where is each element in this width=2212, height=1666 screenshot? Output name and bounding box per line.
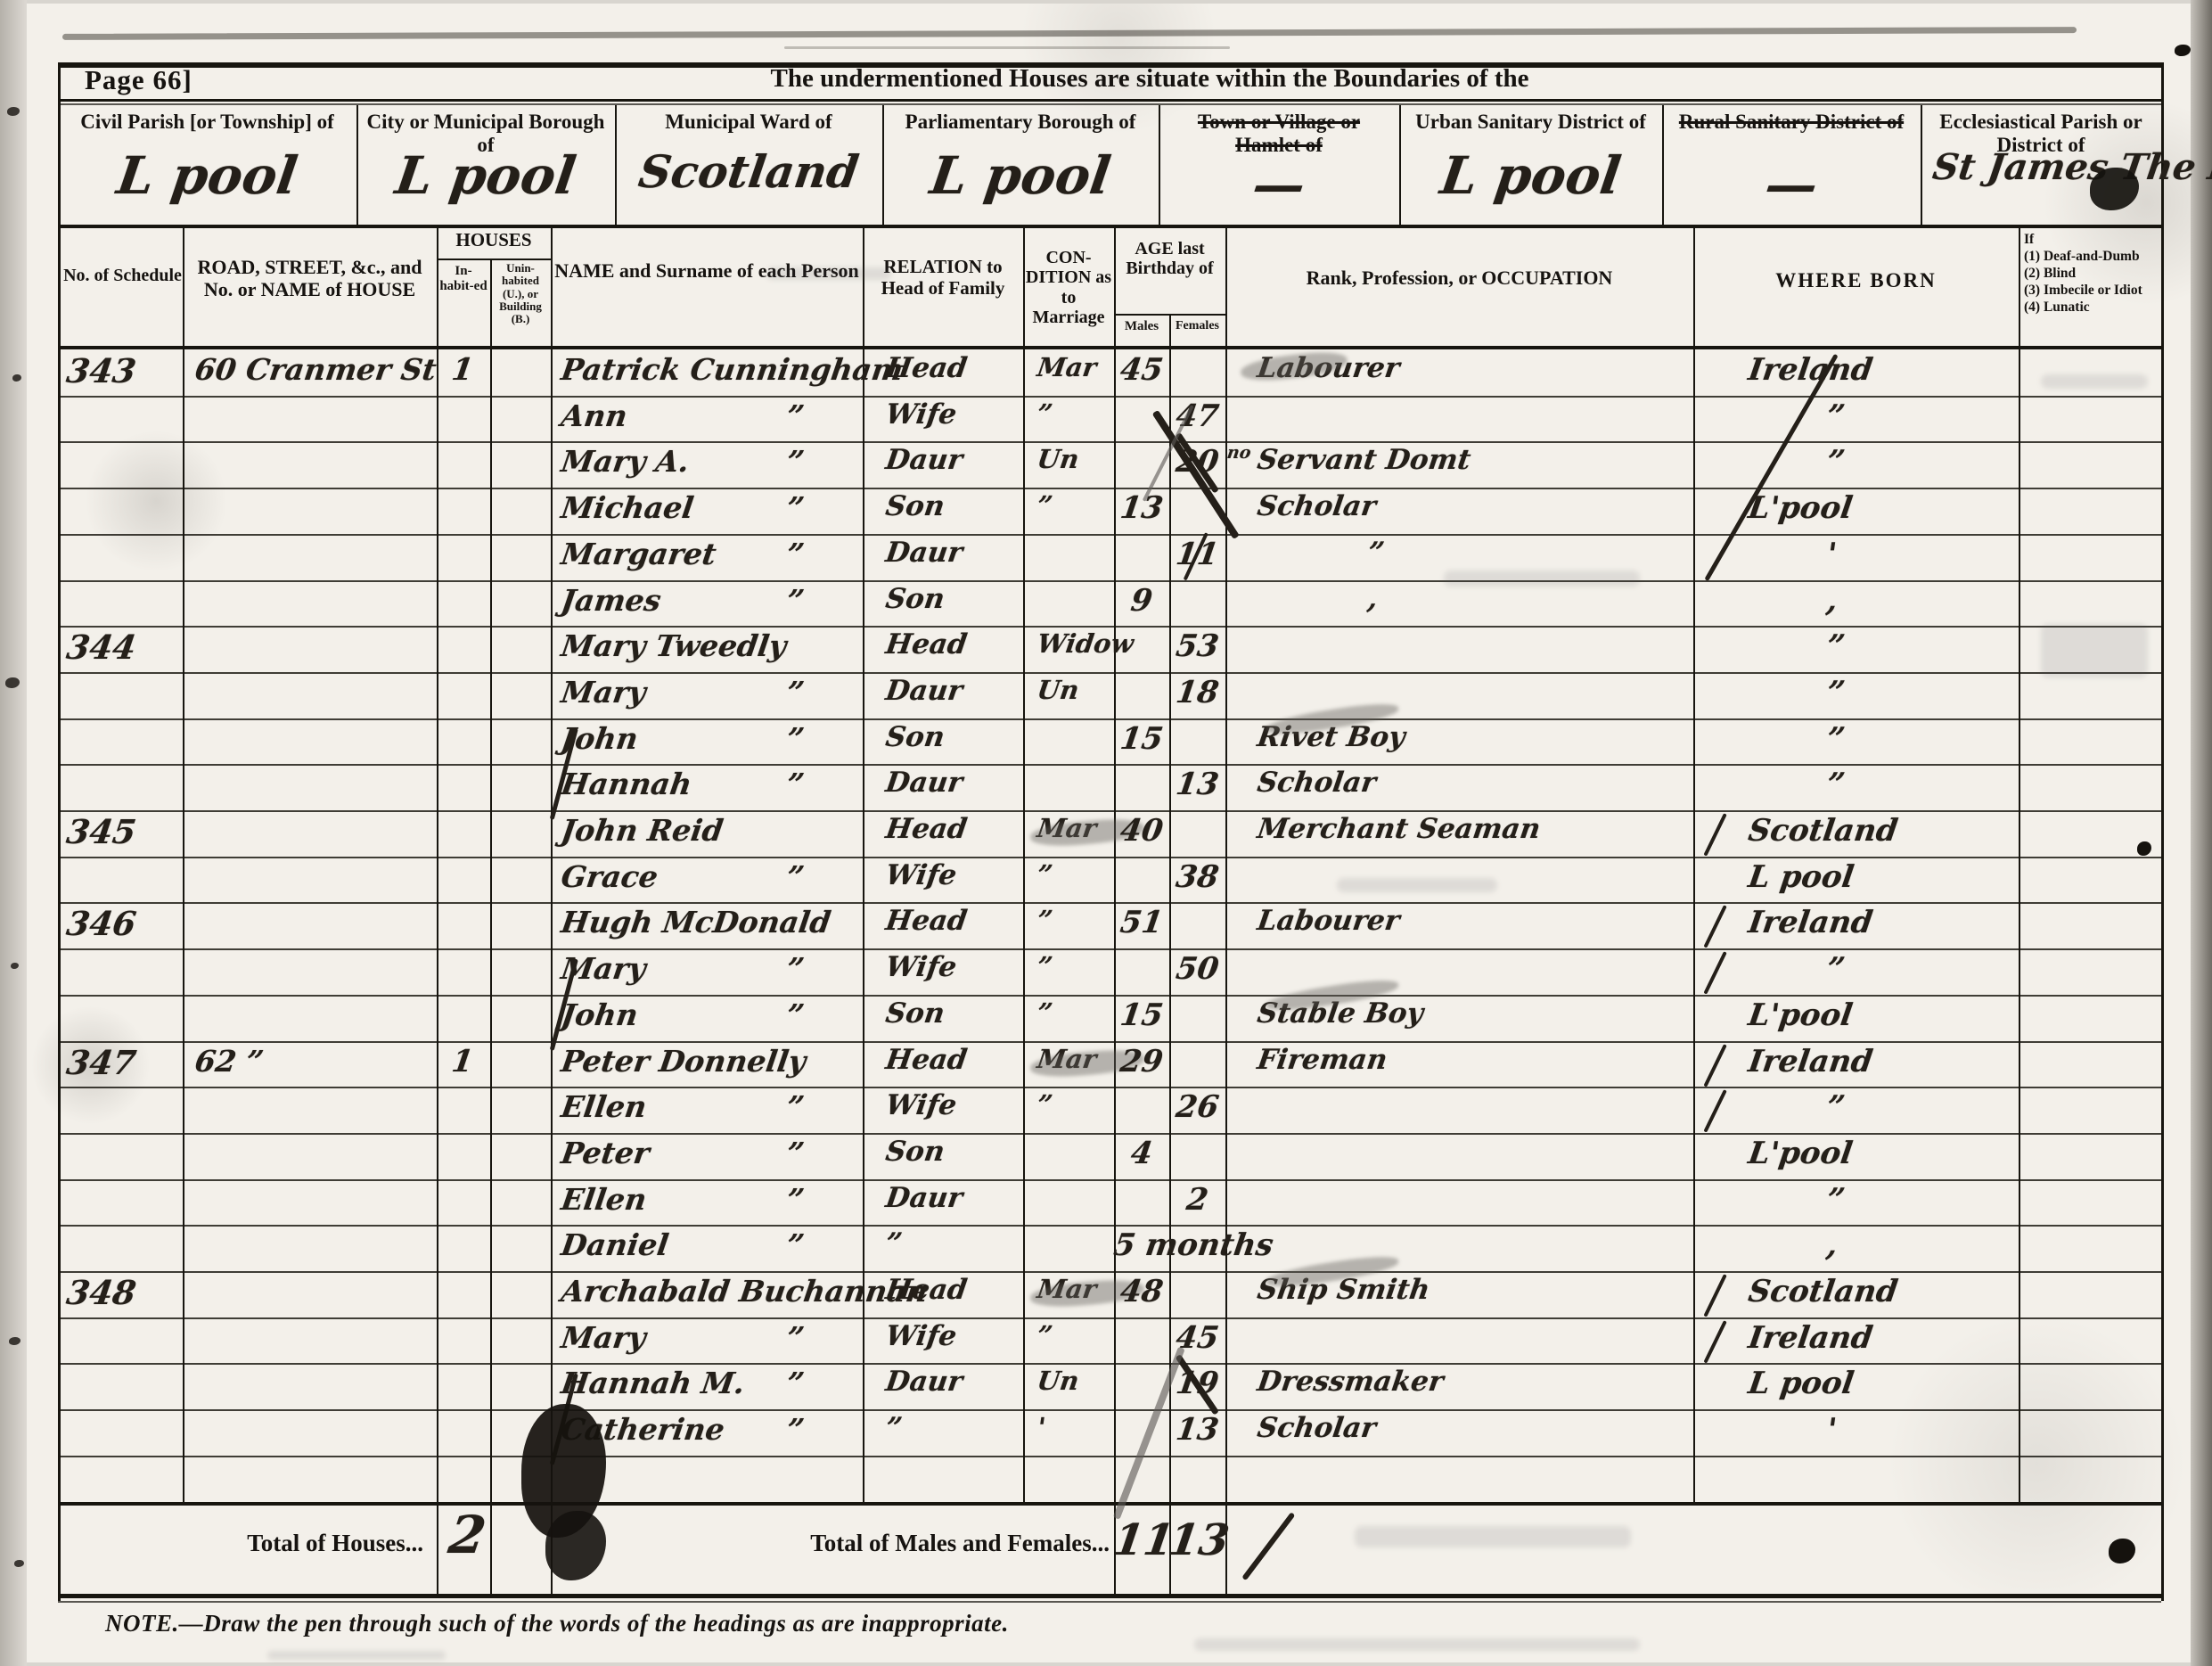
header-field-value: L pool [67, 150, 348, 201]
cell-where-born: Scotland [1747, 816, 2010, 846]
cell-condition: ” [1036, 954, 1119, 980]
grid-line-horizontal [58, 948, 2161, 950]
cell-condition: ” [1036, 907, 1119, 933]
cell-age-females: 2 [1167, 1185, 1228, 1215]
grid-line-horizontal [58, 626, 2161, 628]
cell-age-males: 45 [1112, 355, 1172, 385]
cell-name: Peter Donnelly [560, 1046, 867, 1076]
cell-relation: ” [884, 1230, 1021, 1258]
grid-line-horizontal [58, 534, 2161, 536]
cell-age-males: 13 [1112, 493, 1172, 523]
cell-occupation: , [1366, 586, 1780, 613]
cell-where-born: , [1825, 1230, 2088, 1260]
cell-where-born: ' [1825, 539, 2088, 570]
grid-line-horizontal [58, 764, 2161, 766]
cell-schedule: 348 [64, 1276, 184, 1309]
scan-top-streak [784, 46, 1230, 49]
cell-relation: Wife [884, 954, 1021, 981]
grid-line-horizontal [58, 103, 2161, 105]
header-field-label: Municipal Ward of [622, 111, 875, 134]
cell-schedule: 346 [64, 907, 184, 940]
cell-age-males: 5 months [1112, 1230, 1172, 1260]
grid-line-horizontal [58, 718, 2161, 720]
cell-houses-inhabited: 1 [435, 1046, 491, 1077]
cell-age-males: 29 [1112, 1046, 1172, 1077]
cell-where-born: L pool [1747, 862, 2010, 892]
grid-line-horizontal [58, 1594, 2161, 1598]
grid-line-vertical [183, 225, 184, 1502]
cell-age-females: 18 [1167, 677, 1228, 708]
bleed-through-ghost [2041, 374, 2148, 389]
page-title: The undermentioned Houses are situate wi… [526, 64, 1774, 94]
cell-name: Archabald Buchannan [560, 1276, 867, 1306]
cell-age-females: 53 [1167, 631, 1228, 661]
cell-occupation: Scholar [1256, 493, 1669, 521]
grid-line-horizontal [58, 1317, 2161, 1319]
grid-line-horizontal [58, 1179, 2161, 1181]
cell-condition: Widow [1036, 631, 1119, 657]
cell-relation: Son [884, 724, 1021, 751]
cell-where-born: L'pool [1747, 493, 2010, 523]
bleed-through-ghost [1194, 1638, 1640, 1651]
grid-line-horizontal [58, 1225, 2161, 1227]
column-header-age-group: AGE last Birthday of [1116, 239, 1224, 279]
cell-occupation: Dressmaker [1256, 1368, 1669, 1396]
cell-age-females: 13 [1167, 769, 1228, 800]
grid-line-vertical [1399, 105, 1401, 225]
cell-relation: Daur [884, 447, 1021, 474]
header-field-value: L pool [1408, 150, 1653, 201]
grid-line-horizontal [58, 488, 2161, 489]
grid-line-horizontal [58, 1409, 2161, 1411]
cell-relation: Son [884, 586, 1021, 613]
cell-age-males: 15 [1112, 1000, 1172, 1030]
bleed-through-ghost [267, 1651, 446, 1660]
cell-relation: Head [884, 907, 1021, 935]
page-number-label: Page 66] [85, 64, 193, 96]
cell-relation: Daur [884, 677, 1021, 705]
census-page-scan: Page 66] The undermentioned Houses are s… [0, 0, 2212, 1666]
cell-occupation: Merchant Seaman [1256, 816, 1669, 843]
column-header-schedule: No. of Schedule [62, 266, 183, 285]
cell-name-ditto: ” [785, 447, 825, 476]
footer-note: NOTE.—Draw the pen through such of the w… [105, 1610, 1009, 1637]
total-females-value: 13 [1166, 1515, 1229, 1565]
cell-age-males: 51 [1112, 907, 1172, 938]
cell-name-ditto: ” [785, 769, 825, 799]
grid-line-vertical [58, 62, 61, 1601]
cell-age-males: 4 [1112, 1138, 1172, 1169]
cell-condition: ” [1036, 862, 1119, 888]
cell-name: Mary Tweedly [560, 631, 867, 661]
header-field-label: Parliamentary Borough of [889, 111, 1151, 134]
cell-age-females: 26 [1167, 1092, 1228, 1122]
cell-condition: Un [1036, 447, 1119, 472]
bleed-through-ghost [1355, 1526, 1631, 1547]
column-header-age-females: Females [1169, 319, 1225, 333]
header-field-label: Rural Sanitary District of [1669, 111, 1913, 134]
grid-line-horizontal [58, 346, 2161, 349]
cell-condition: ” [1036, 1000, 1119, 1026]
cell-occupation: Labourer [1256, 907, 1669, 935]
cell-occupation: Scholar [1256, 1415, 1669, 1442]
grid-line-horizontal [58, 1502, 2161, 1506]
cell-relation: Head [884, 1276, 1021, 1304]
grid-line-horizontal [58, 99, 2161, 102]
cell-age-females: 50 [1167, 954, 1228, 984]
cell-age-males: 48 [1112, 1276, 1172, 1307]
cell-relation: Daur [884, 769, 1021, 797]
total-houses-value: 2 [438, 1505, 496, 1565]
scan-left-edge [0, 0, 27, 1666]
cell-name-ditto: ” [785, 1138, 825, 1168]
cell-age-females: 38 [1167, 862, 1228, 892]
cell-schedule: 345 [64, 816, 184, 849]
grid-line-vertical [437, 225, 438, 1594]
grid-line-vertical [1023, 225, 1025, 1502]
cell-name-ditto: ” [785, 586, 825, 615]
column-header-occupation: Rank, Profession, or OCCUPATION [1231, 267, 1688, 290]
cell-relation: Son [884, 1138, 1021, 1166]
cell-age-males: 9 [1112, 586, 1172, 616]
cell-where-born: ” [1825, 447, 2088, 477]
column-header-infirmity: If (1) Deaf-and-Dumb (2) Blind (3) Imbec… [2024, 232, 2158, 316]
column-header-condition: CON-DITION as to Marriage [1025, 248, 1112, 328]
cell-occupation: Scholar [1256, 769, 1669, 797]
cell-where-born: ” [1825, 954, 2088, 984]
cell-schedule: 344 [64, 631, 184, 664]
cell-relation: Wife [884, 1323, 1021, 1350]
cell-schedule: 347 [64, 1046, 184, 1079]
column-header-age-males: Males [1114, 319, 1169, 334]
cell-name-ditto: ” [785, 1000, 825, 1030]
grid-line-horizontal [58, 1456, 2161, 1457]
grid-line-horizontal [437, 259, 551, 260]
grid-line-horizontal [58, 995, 2161, 997]
grid-line-horizontal [58, 396, 2161, 398]
grid-line-horizontal [58, 857, 2161, 858]
cell-name-ditto: ” [785, 493, 825, 522]
cell-where-born: Ireland [1747, 355, 2010, 385]
cell-age-females: 45 [1167, 1323, 1228, 1353]
grid-line-horizontal [58, 1087, 2161, 1088]
total-males-females-label: Total of Males and Females... [704, 1530, 1110, 1557]
header-field-value: Scotland [624, 150, 873, 194]
cell-where-born: ” [1825, 724, 2088, 754]
cell-where-born: ” [1825, 1092, 2088, 1122]
cell-relation: Head [884, 631, 1021, 659]
cell-relation: ” [884, 1415, 1021, 1442]
total-houses-label: Total of Houses... [169, 1530, 423, 1557]
cell-condition: Mar [1036, 355, 1119, 381]
cell-where-born: Ireland [1747, 1323, 2010, 1353]
cell-name-ditto: ” [785, 1230, 825, 1260]
cell-occupation: Servant Domt [1256, 447, 1669, 474]
grid-line-horizontal [58, 1271, 2161, 1273]
cell-name-ditto: ” [785, 401, 825, 431]
total-males-value: 11 [1110, 1515, 1173, 1565]
cell-condition: ” [1036, 493, 1119, 519]
cell-name-ditto: ” [785, 539, 825, 569]
grid-line-vertical [2161, 62, 2164, 1601]
grid-line-horizontal [58, 810, 2161, 812]
grid-line-vertical [1662, 105, 1664, 225]
header-field-value: — [1671, 159, 1912, 210]
cell-houses-inhabited: 1 [435, 355, 491, 385]
cell-relation: Son [884, 493, 1021, 521]
grid-line-horizontal [58, 225, 2161, 228]
cell-name-ditto: ” [785, 862, 825, 891]
cell-name: John Reid [560, 816, 867, 845]
header-field-label: Town or Village or Hamlet of [1166, 111, 1392, 157]
cell-condition: ' [1036, 1415, 1119, 1440]
header-field-value: L pool [891, 150, 1150, 201]
cell-road: 62 ” [193, 1046, 438, 1076]
cell-where-born: Ireland [1747, 1046, 2010, 1077]
cell-name-ditto: ” [785, 1368, 825, 1398]
cell-age-note: no [1225, 443, 1252, 463]
cell-name-ditto: ” [785, 677, 825, 707]
cell-relation: Head [884, 355, 1021, 382]
cell-name: Patrick Cunningham [560, 355, 867, 384]
grid-line-vertical [490, 259, 492, 1594]
grid-line-vertical [551, 225, 553, 1594]
grid-line-vertical [882, 105, 884, 225]
cell-where-born: ” [1825, 1185, 2088, 1215]
grid-line-horizontal [1114, 314, 1225, 316]
cell-condition: ” [1036, 1323, 1119, 1349]
cell-where-born: L pool [1747, 1368, 2010, 1399]
cell-where-born: Ireland [1747, 907, 2010, 938]
grid-line-vertical [1693, 225, 1695, 1502]
cell-relation: Wife [884, 401, 1021, 429]
cell-schedule: 343 [64, 355, 184, 388]
header-field-value: L pool [365, 150, 606, 201]
cell-where-born: ” [1825, 677, 2088, 708]
cell-relation: Head [884, 1046, 1021, 1074]
cell-age-females: 13 [1167, 1415, 1228, 1445]
cell-name-ditto: ” [785, 724, 825, 753]
header-field-label: Civil Parish [or Township] of [65, 111, 349, 134]
cell-name: Hugh McDonald [560, 907, 867, 937]
cell-relation: Head [884, 816, 1021, 843]
column-header-inhabited: In-habit-ed [438, 264, 488, 293]
cell-age-males: 15 [1112, 724, 1172, 754]
cell-where-born: ” [1825, 769, 2088, 800]
cell-where-born: ' [1825, 1415, 2088, 1445]
cell-where-born: ” [1825, 401, 2088, 431]
cell-condition: ” [1036, 1092, 1119, 1118]
cell-condition: Un [1036, 677, 1119, 703]
cell-relation: Son [884, 1000, 1021, 1028]
header-field-value: — [1167, 159, 1390, 210]
grid-line-vertical [356, 105, 358, 225]
cell-age-females: 47 [1167, 401, 1228, 431]
column-header-uninhabited: Unin-habited (U.), or Building (B.) [492, 262, 549, 325]
cell-where-born: L'pool [1747, 1138, 2010, 1169]
cell-occupation: Fireman [1256, 1046, 1669, 1074]
cell-relation: Wife [884, 862, 1021, 890]
cell-relation: Wife [884, 1092, 1021, 1120]
scan-right-edge [2191, 0, 2212, 1666]
cell-name-ditto: ” [785, 954, 825, 983]
cell-where-born: L'pool [1747, 1000, 2010, 1030]
column-header-houses-group: HOUSES [437, 230, 551, 251]
cell-name-ditto: ” [785, 1092, 825, 1121]
cell-relation: Daur [884, 1368, 1021, 1396]
cell-name-ditto: ” [785, 1323, 825, 1352]
grid-line-horizontal [58, 1133, 2161, 1135]
cell-name-ditto: ” [785, 1415, 825, 1444]
cell-where-born: Scotland [1747, 1276, 2010, 1307]
cell-relation: Daur [884, 539, 1021, 567]
grid-line-vertical [1225, 225, 1227, 1594]
grid-line-vertical [1921, 105, 1922, 225]
grid-line-vertical [615, 105, 617, 225]
grid-line-horizontal [58, 1041, 2161, 1043]
grid-line-horizontal [58, 672, 2161, 674]
grid-line-horizontal [58, 1601, 2161, 1603]
cell-name-ditto: ” [785, 1185, 825, 1214]
cell-where-born: , [1825, 586, 2088, 616]
cell-condition: Un [1036, 1368, 1119, 1394]
grid-line-horizontal [58, 62, 2161, 68]
column-header-where-born: WHERE BORN [1697, 269, 2015, 292]
grid-line-vertical [1159, 105, 1160, 225]
cell-relation: Daur [884, 1185, 1021, 1212]
bleed-through-ghost [766, 267, 891, 280]
column-header-road: ROAD, STREET, &c., and No. or NAME of HO… [188, 257, 431, 300]
header-field-label: Urban Sanitary District of [1406, 111, 1655, 134]
bleed-through-ghost [1444, 570, 1640, 587]
cell-condition: ” [1036, 401, 1119, 427]
cell-road: 60 Cranmer St [193, 355, 438, 384]
cell-age-males: 40 [1112, 816, 1172, 846]
bleed-through-ghost [1337, 878, 1497, 892]
bleed-through-ghost [2041, 624, 2148, 677]
grid-line-horizontal [58, 580, 2161, 582]
